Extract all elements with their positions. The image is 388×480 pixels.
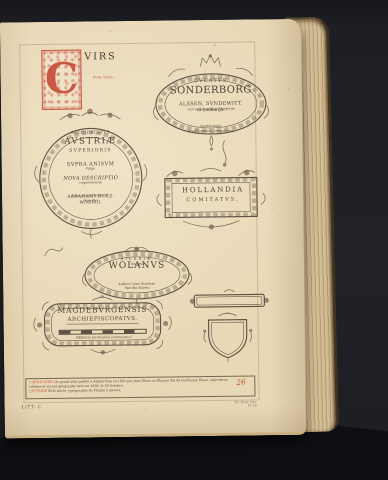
cartouche-hollandia: HOLLANDIA COMITATVS. [153, 163, 274, 236]
cartouche-empty-shield [196, 310, 259, 363]
series-label: VIRS [84, 51, 116, 62]
pendant-ornament [216, 139, 232, 167]
cartouche-empty-banner [186, 286, 272, 313]
austriae-subtitle: SVPERIORIS [32, 148, 148, 154]
sonderborg-subtitle: cum adjacentibus Territoriis [187, 107, 234, 111]
initial-letter: C [45, 54, 79, 103]
caption-rest-3: XVIe siècle, typographie de Plantin à An… [47, 388, 121, 393]
wolanus-author-2: Sprotta Silesio. [124, 287, 150, 291]
sonderborg-imprint-2: Apud Joannem Janssonium. [188, 129, 234, 133]
austriae-kicker: ARCHIDVCATVS [32, 129, 148, 135]
shield-frame-engraving [196, 310, 259, 363]
red-monogram: 26 [236, 377, 246, 387]
wolanus-kicker: Ducatus [130, 263, 144, 266]
austriae-script-1: facta accuratissima di- [72, 194, 110, 198]
cartouche-sonderborg: DVCATVS SONDERBORG cum adjacentibus Terr… [150, 51, 271, 152]
austriae-script-2: ligentia [85, 199, 98, 202]
magdeburg-subtitle: ARCHIEPISCOPATVS. [32, 315, 172, 323]
ornamental-initial-block: C [41, 50, 82, 110]
sonderborg-imprint-1: Amstelodami, [200, 125, 223, 129]
caption-text: CARTOUCHES du grand atlas publié à Amste… [29, 377, 255, 393]
series-period: XVIIe Siècle [84, 64, 121, 83]
book-page: C VIRS XVIIe Siècle DVCATVS SONDERBORG c… [0, 19, 307, 439]
banner-frame-engraving [186, 286, 272, 313]
margin-flourish [43, 244, 65, 262]
cartouche-austriae: ARCHIDVCATVS AVSTRIÆ SVPERIORIS Vulgo SV… [30, 105, 152, 240]
austriae-cognominatae: cognominatæ [79, 181, 102, 185]
footer-imprint: Ed. Rouv. imp. Pl. 49 [207, 400, 257, 408]
magdeburg-title: MAGDEBVRGENSIS [32, 304, 172, 315]
caption-lead-3: LETTRINE [29, 389, 47, 393]
footer-plate-letter: LITT. C. [22, 405, 44, 410]
caption-box: CARTOUCHES du grand atlas publié à Amste… [25, 375, 255, 399]
hollandia-title: HOLLANDIA [155, 185, 271, 194]
austriae-title: AVSTRIÆ [32, 136, 148, 147]
magdeburg-scale-label: (Milliaria Germanica communia.) [75, 335, 131, 339]
austriae-vulgo: Vulgo [86, 167, 95, 170]
footer-plate-number: Pl. 49 [207, 404, 257, 408]
series-period-text: XVIIe Siècle [93, 76, 114, 80]
photo-background: C VIRS XVIIe Siècle DVCATVS SONDERBORG c… [0, 0, 388, 480]
cartouche-magdeburg: MAGDEBVRGENSIS ARCHIEPISCOPATVS. (Millia… [30, 292, 175, 358]
